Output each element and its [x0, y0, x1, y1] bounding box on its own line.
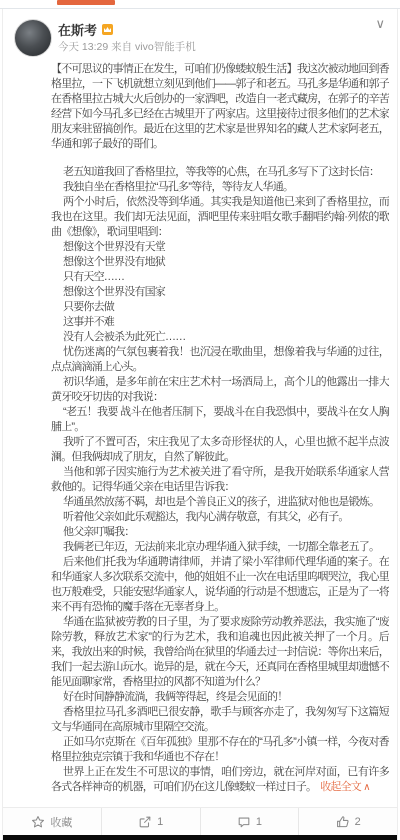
- comment-count: 1: [256, 816, 262, 828]
- like-count: 2: [355, 816, 361, 828]
- weibo-post-card: 在斯考 今天 13:29 来自 vivo智能手机 ∨ 【不可思议的事情正在发生，…: [2, 9, 398, 840]
- post-header: 在斯考 今天 13:29 来自 vivo智能手机 ∨: [3, 9, 397, 61]
- like-button[interactable]: 2: [298, 808, 397, 835]
- vip-badge-icon: [102, 24, 113, 35]
- post-paragraph: 想像这个世界没有国家: [51, 285, 389, 300]
- repost-count: 1: [157, 816, 163, 828]
- post-paragraph: 他父亲叮嘱我：: [51, 525, 389, 540]
- favorite-button[interactable]: 收藏: [3, 808, 101, 835]
- post-body: 【不可思议的事情正在发生，可咱们仍像蝼蚁般生活】我这次被动地回到香格里拉，一下飞…: [51, 62, 389, 812]
- collapse-full-text-link[interactable]: 收起全文 ∧: [320, 781, 370, 793]
- comment-button[interactable]: 1: [200, 808, 299, 835]
- post-paragraph: 只要你去做: [51, 300, 389, 315]
- star-icon: [31, 815, 45, 829]
- post-paragraph-last: 世界上正在发生不可思议的事情，咱们旁边，就在河岸对面，已有许多各式各样神奇的机器…: [51, 765, 389, 795]
- post-paragraph: 华通虽然放荡不羁，却也是个善良正义的孩子，进监狱对他也是锻炼。: [51, 495, 389, 510]
- action-bar: 收藏 1 1: [3, 807, 397, 835]
- favorite-label: 收藏: [50, 814, 72, 830]
- post-paragraph: 听着他父亲如此乐观豁达，我内心满存敬意，有其父，必有子。: [51, 510, 389, 525]
- post-paragraph: 我独自坐在香格里拉“马孔多”等待，等待友人华通。: [51, 180, 389, 195]
- post-paragraph: 初识华通，是多年前在宋庄艺术村一场酒局上，高个儿的他露出一排大黄牙咬牙切齿的对我…: [51, 375, 389, 405]
- post-paragraph: 只有天空……: [51, 270, 389, 285]
- comment-icon: [237, 815, 251, 829]
- post-paragraph: 【不可思议的事情正在发生，可咱们仍像蝼蚁般生活】我这次被动地回到香格里拉，一下飞…: [51, 62, 389, 152]
- top-progress-indicator: [57, 0, 115, 5]
- username[interactable]: 在斯考: [58, 20, 97, 39]
- collapse-caret-icon: ∧: [363, 782, 370, 793]
- post-paragraph: 想像这个世界没有地狱: [51, 255, 389, 270]
- post-paragraph: “老五！我要 战斗在他者压制下，要战斗在自我恐惧中，要战斗在女人胸脯上”。: [51, 405, 389, 435]
- post-paragraph: 正如马尔克斯在《百年孤独》里那不存在的“马孔多”小镇一样，今夜对香格里拉独克宗镇…: [51, 735, 389, 765]
- post-paragraph: 想像这个世界没有天堂: [51, 240, 389, 255]
- post-paragraph: 华通在监狱被劳教的日子里，为了要求废除劳动教养恶法，我实施了“废除劳教，释放艺术…: [51, 615, 389, 690]
- repost-button[interactable]: 1: [101, 808, 200, 835]
- collapse-label: 收起全文: [320, 781, 361, 793]
- post-paragraph: 没有人会被杀为此死亡……: [51, 330, 389, 345]
- post-paragraph: 这事并不难: [51, 315, 389, 330]
- avatar[interactable]: [14, 19, 52, 57]
- post-paragraph: 老五知道我回了香格里拉，等我等的心焦，在马孔多写下了这封长信：: [51, 165, 389, 180]
- status-bar: [0, 0, 400, 9]
- post-time-source: 今天 13:29 来自 vivo智能手机: [58, 39, 196, 54]
- post-paragraph: 香格里拉马孔多酒吧已很安静，歌手与顾客亦走了，我匆匆写下这篇短文与华通同在高原城…: [51, 705, 389, 735]
- chevron-down-icon[interactable]: ∨: [375, 17, 385, 31]
- post-paragraph: 当他和郭子因实施行为艺术被关进了看守所，是我开始联系华通家人营救他的。记得华通父…: [51, 465, 389, 495]
- share-icon: [138, 815, 152, 829]
- bottom-black-bar: [3, 835, 397, 840]
- post-paragraph: 忧伤迷离的气氛包裹着我！也沉浸在歌曲里，想像着我与华通的过往，点点滴滴涌上心头。: [51, 345, 389, 375]
- post-paragraph: 后来他们托我为华通聘请律师，并请了梁小军律师代理华通的案子。在和华通家人多次联系…: [51, 555, 389, 615]
- post-paragraph: 好在时间静静流淌，我俩等得起，终是会见面的！: [51, 690, 389, 705]
- post-paragraph: 我俩老已年迈，无法前来北京办理华通入狱手续，一切都全靠老五了。: [51, 540, 389, 555]
- post-paragraph: 我听了不置可否，宋庄我见了太多奇形怪状的人，心里也掀不起半点波澜。但我俩却成了朋…: [51, 435, 389, 465]
- thumbs-up-icon: [336, 815, 350, 829]
- post-paragraph: 两个小时后，依然没等到华通。其实我是知道他已来到了香格里拉，而我也在这里。我们却…: [51, 195, 389, 240]
